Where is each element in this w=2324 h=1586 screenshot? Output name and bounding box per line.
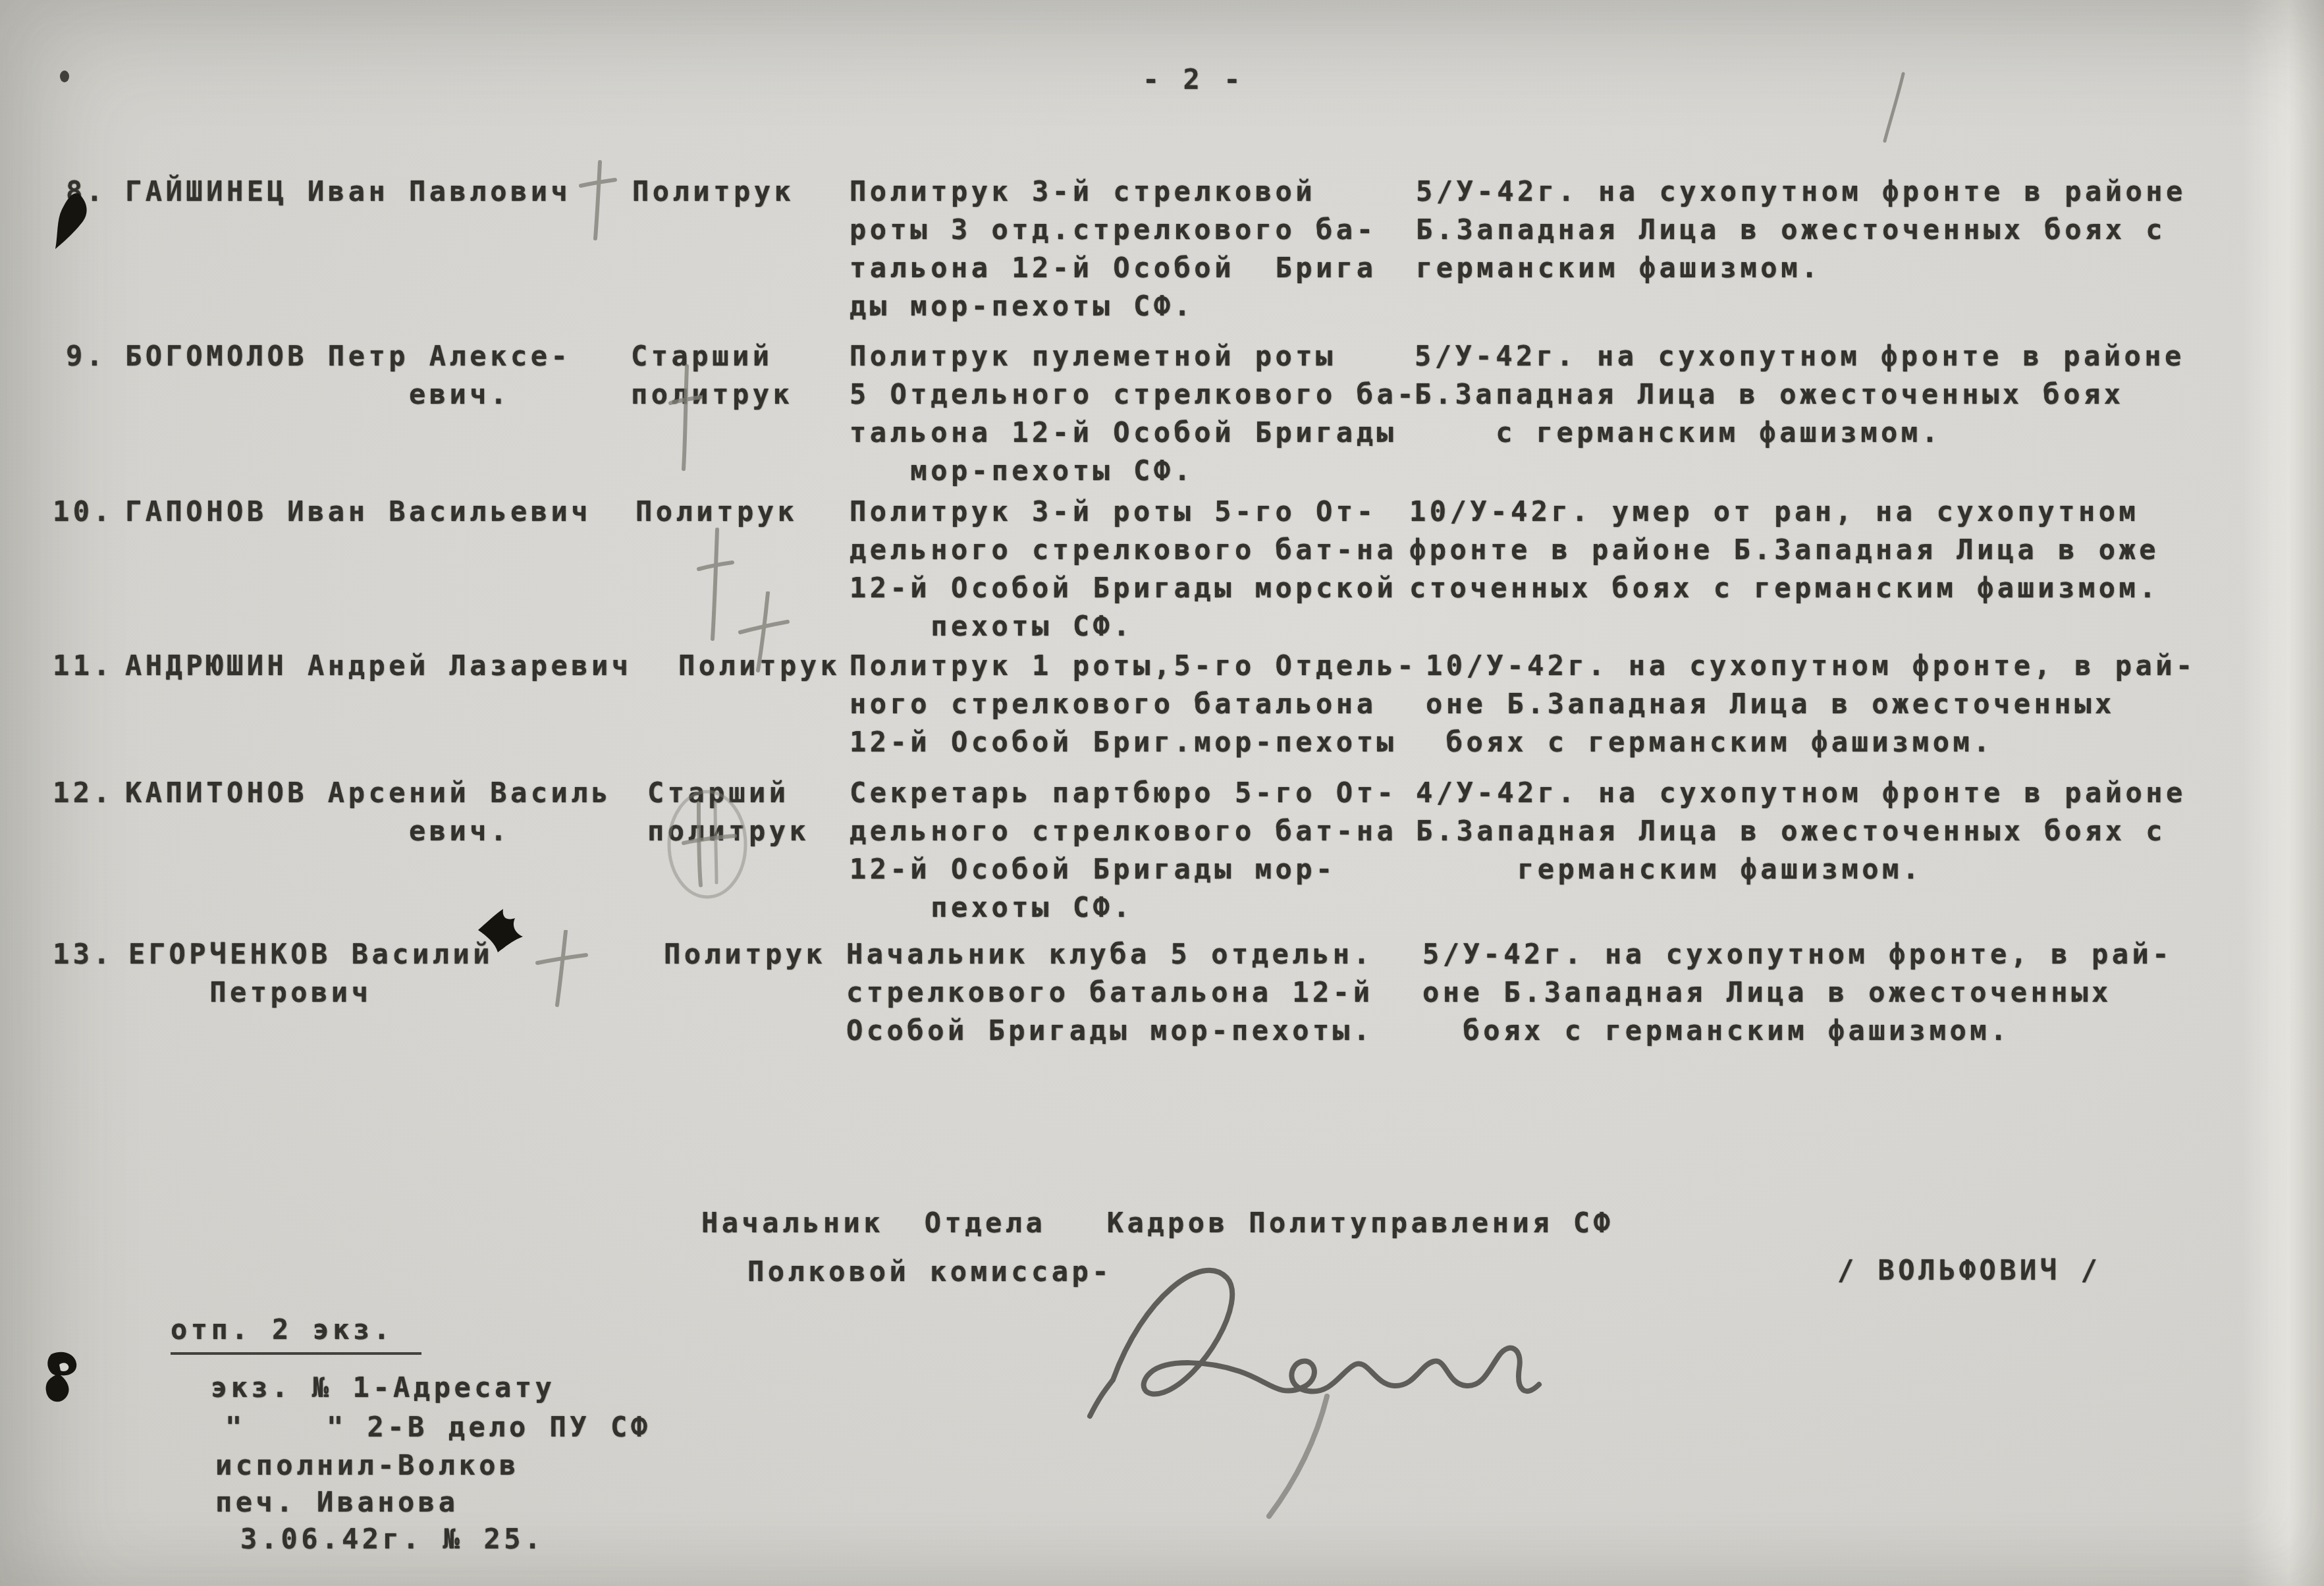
imprint-typist: печ. Иванова [215, 1483, 458, 1521]
entry-fate: 10/У-42г. умер от ран, на сухопутном фро… [1409, 493, 2159, 607]
imprint-executor: исполнил-Волков [215, 1446, 520, 1485]
entry-rank: Политрук [632, 173, 794, 211]
entry-number: 9. [66, 337, 107, 375]
entry-fate: 5/У-42г. на сухопутном фронте в районе Б… [1416, 173, 2186, 287]
entry-position: Секретарь партбюро 5-го От- дельного стр… [850, 774, 1397, 927]
entry-rank: Старший политрук [631, 337, 793, 414]
entry-position: Политрук 3-й роты 5-го От- дельного стре… [850, 493, 1397, 645]
imprint-copy2: " " 2-В дело ПУ СФ [225, 1408, 651, 1446]
entry-number: 12. [53, 774, 113, 812]
signoff-rank: Полковой комиссар- [747, 1253, 1112, 1291]
imprint-copies-underlined: отп. 2 экз. [171, 1311, 421, 1355]
ink-blot [40, 1349, 86, 1406]
signoff-name: / ВОЛЬФОВИЧ / [1837, 1251, 2101, 1290]
entry-position: Политрук 1 роты,5-го Отдель- ного стрелк… [850, 647, 1417, 761]
imprint-copy1: экз. № 1-Адресату [211, 1369, 555, 1407]
imprint-date: 3.06.42г. № 25. [240, 1520, 545, 1558]
entry-rank: Старший политрук [647, 774, 809, 850]
entry-fate: 5/У-42г. на сухопутном фронте, в рай- он… [1422, 935, 2173, 1050]
entry-rank: Политрук [664, 935, 826, 973]
entry-number: 11. [53, 647, 113, 685]
pencil-cross-mark [535, 930, 589, 1008]
handwritten-signature [1050, 1199, 1551, 1541]
signoff-title: Начальник Отдела Кадров Политуправления … [701, 1204, 1613, 1242]
entry-name: АНДРЮШИН Андрей Лазаревич [125, 647, 632, 685]
entry-name: ГАПОНОВ Иван Васильевич [125, 493, 591, 531]
ink-speck [58, 69, 71, 84]
entry-fate: 5/У-42г. на сухопутном фронте в районе Б… [1415, 337, 2185, 452]
entry-name: КАПИТОНОВ Арсений Василь евич. [125, 774, 612, 850]
entry-name: ГАЙШИНЕЦ Иван Павлович [125, 173, 571, 211]
entry-fate: 4/У-42г. на сухопутном фронте в районе Б… [1416, 774, 2186, 889]
entry-position: Политрук 3-й стрелковой роты 3 отд.стрел… [850, 173, 1376, 325]
entry-position: Политрук пулеметной роты 5 Отдельного ст… [850, 337, 1417, 490]
pencil-cross-mark [697, 527, 735, 642]
entry-number: 8. [66, 173, 107, 211]
entry-number: 13. [53, 935, 113, 973]
imprint-copies: отп. 2 экз. [171, 1311, 421, 1355]
pencil-cross-mark [578, 159, 618, 242]
entry-name: ЕГОРЧЕНКОВ Василий Петрович [128, 935, 493, 1012]
entry-number: 10. [53, 493, 113, 531]
pencil-slash-mark [1881, 71, 1907, 144]
page-number: - 2 - [1143, 61, 1244, 99]
entry-fate: 10/У-42г. на сухопутном фронте, в рай- о… [1426, 647, 2196, 761]
entry-rank: Политрук [678, 647, 840, 685]
entry-position: Начальник клуба 5 отдельн. стрелкового б… [846, 935, 1373, 1050]
entry-rank: Политрук [635, 493, 797, 531]
entry-name: БОГОМОЛОВ Петр Алексе- евич. [125, 337, 571, 414]
